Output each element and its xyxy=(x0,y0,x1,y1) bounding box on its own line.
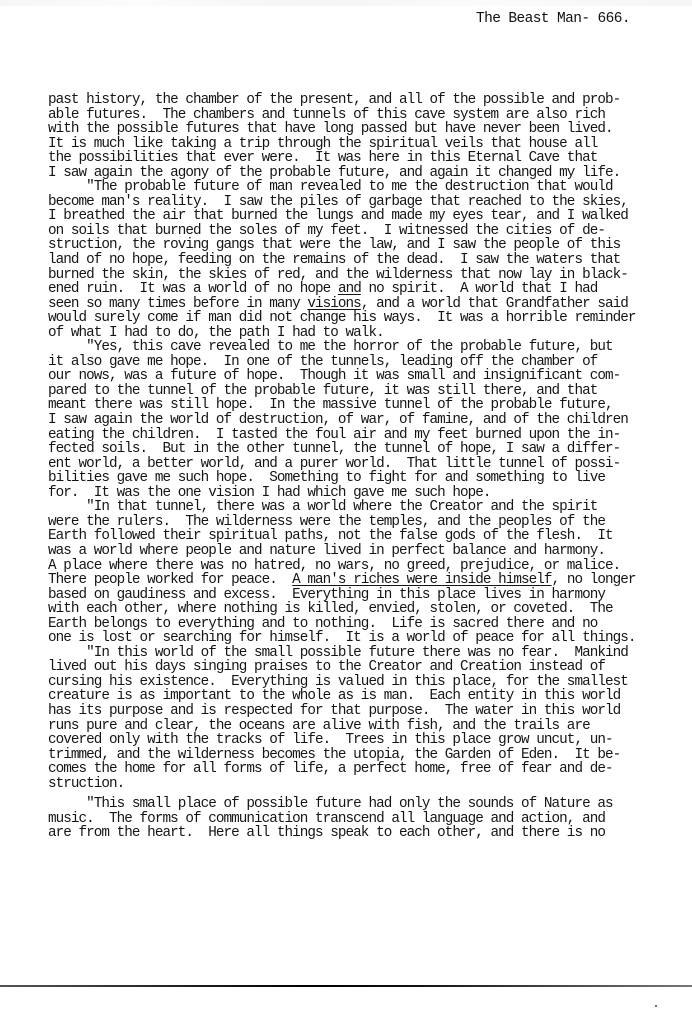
paragraph: "This small place of possible future had… xyxy=(48,797,688,841)
text-line: was a world where people and nature live… xyxy=(48,544,688,559)
text-line: would surely come if man did not change … xyxy=(48,311,688,326)
text-line: music. The forms of communication transc… xyxy=(48,812,688,827)
document-body: past history, the chamber of the present… xyxy=(48,93,688,841)
running-header: The Beast Man- 666. xyxy=(476,11,630,27)
text-line: There people worked for peace. A man's r… xyxy=(48,573,688,588)
text-line: runs pure and clear, the oceans are aliv… xyxy=(48,719,688,734)
text-line: Earth belongs to everything and to nothi… xyxy=(48,617,688,632)
text-line: "In this world of the small possible fut… xyxy=(48,646,688,661)
text-line: trimmed, and the wilderness becomes the … xyxy=(48,748,688,763)
paragraph: "In that tunnel, there was a world where… xyxy=(48,500,688,645)
text-line: I saw again the world of destruction, of… xyxy=(48,413,688,428)
text-line: seen so many times before in many vision… xyxy=(48,297,688,312)
text-line: It is much like taking a trip through th… xyxy=(48,137,688,152)
text-line: one is lost or searching for himself. It… xyxy=(48,631,688,646)
text-line: I breathed the air that burned the lungs… xyxy=(48,209,688,224)
text-line: for. It was the one vision I had which g… xyxy=(48,486,688,501)
text-line: on soils that burned the soles of my fee… xyxy=(48,224,688,239)
text-line: ened ruin. It was a world of no hope and… xyxy=(48,282,688,297)
text-line: covered only with the tracks of life. Tr… xyxy=(48,733,688,748)
paragraph: past history, the chamber of the present… xyxy=(48,93,688,180)
text-line: eating the children. I tasted the foul a… xyxy=(48,428,688,443)
text-line: with each other, where nothing is killed… xyxy=(48,602,688,617)
text-line: pared to the tunnel of the probable futu… xyxy=(48,384,688,399)
text-line: the possibilities that ever were. It was… xyxy=(48,151,688,166)
underlined-phrase: A man's riches were inside himself xyxy=(292,572,551,588)
text-line: our nows, was a future of hope. Though i… xyxy=(48,369,688,384)
text-line: comes the home for all forms of life, a … xyxy=(48,762,688,777)
scan-edge-noise xyxy=(0,0,692,6)
text-line: A place where there was no hatred, no wa… xyxy=(48,559,688,574)
text-line: I saw again the agony of the probable fu… xyxy=(48,166,688,181)
text-line: fected soils. But in the other tunnel, t… xyxy=(48,442,688,457)
paragraph: "The probable future of man revealed to … xyxy=(48,180,688,340)
text-line: "Yes, this cave revealed to me the horro… xyxy=(48,340,688,355)
text-line: "This small place of possible future had… xyxy=(48,797,688,812)
text-line: are from the heart. Here all things spea… xyxy=(48,826,688,841)
text-line: it also gave me hope. In one of the tunn… xyxy=(48,355,688,370)
text-line: land of no hope, feeding on the remains … xyxy=(48,253,688,268)
text-line: cursing his existence. Everything is val… xyxy=(48,675,688,690)
text-line: "The probable future of man revealed to … xyxy=(48,180,688,195)
scan-speck xyxy=(655,1005,657,1007)
page-bottom-rule xyxy=(0,985,692,987)
text-line: of what I had to do, the path I had to w… xyxy=(48,326,688,341)
paragraph: "In this world of the small possible fut… xyxy=(48,646,688,791)
text-line: were the rulers. The wilderness were the… xyxy=(48,515,688,530)
text-line: struction, the roving gangs that were th… xyxy=(48,238,688,253)
text-line: creature is as important to the whole as… xyxy=(48,689,688,704)
text-line: ent world, a better world, and a purer w… xyxy=(48,457,688,472)
text-line: based on gaudiness and excess. Everythin… xyxy=(48,588,688,603)
text-line: lived out his days singing praises to th… xyxy=(48,660,688,675)
text-line: "In that tunnel, there was a world where… xyxy=(48,500,688,515)
text-line: has its purpose and is respected for tha… xyxy=(48,704,688,719)
paragraph: "Yes, this cave revealed to me the horro… xyxy=(48,340,688,500)
text-line: able futures. The chambers and tunnels o… xyxy=(48,108,688,123)
text-line: become man's reality. I saw the piles of… xyxy=(48,195,688,210)
text-line: with the possible futures that have long… xyxy=(48,122,688,137)
text-line: bilities gave me such hope. Something to… xyxy=(48,471,688,486)
text-line: past history, the chamber of the present… xyxy=(48,93,688,108)
text-line: meant there was still hope. In the massi… xyxy=(48,398,688,413)
text-line: burned the skin, the skies of red, and t… xyxy=(48,268,688,283)
text-line: struction. xyxy=(48,777,688,792)
text-line: Earth followed their spiritual paths, no… xyxy=(48,529,688,544)
